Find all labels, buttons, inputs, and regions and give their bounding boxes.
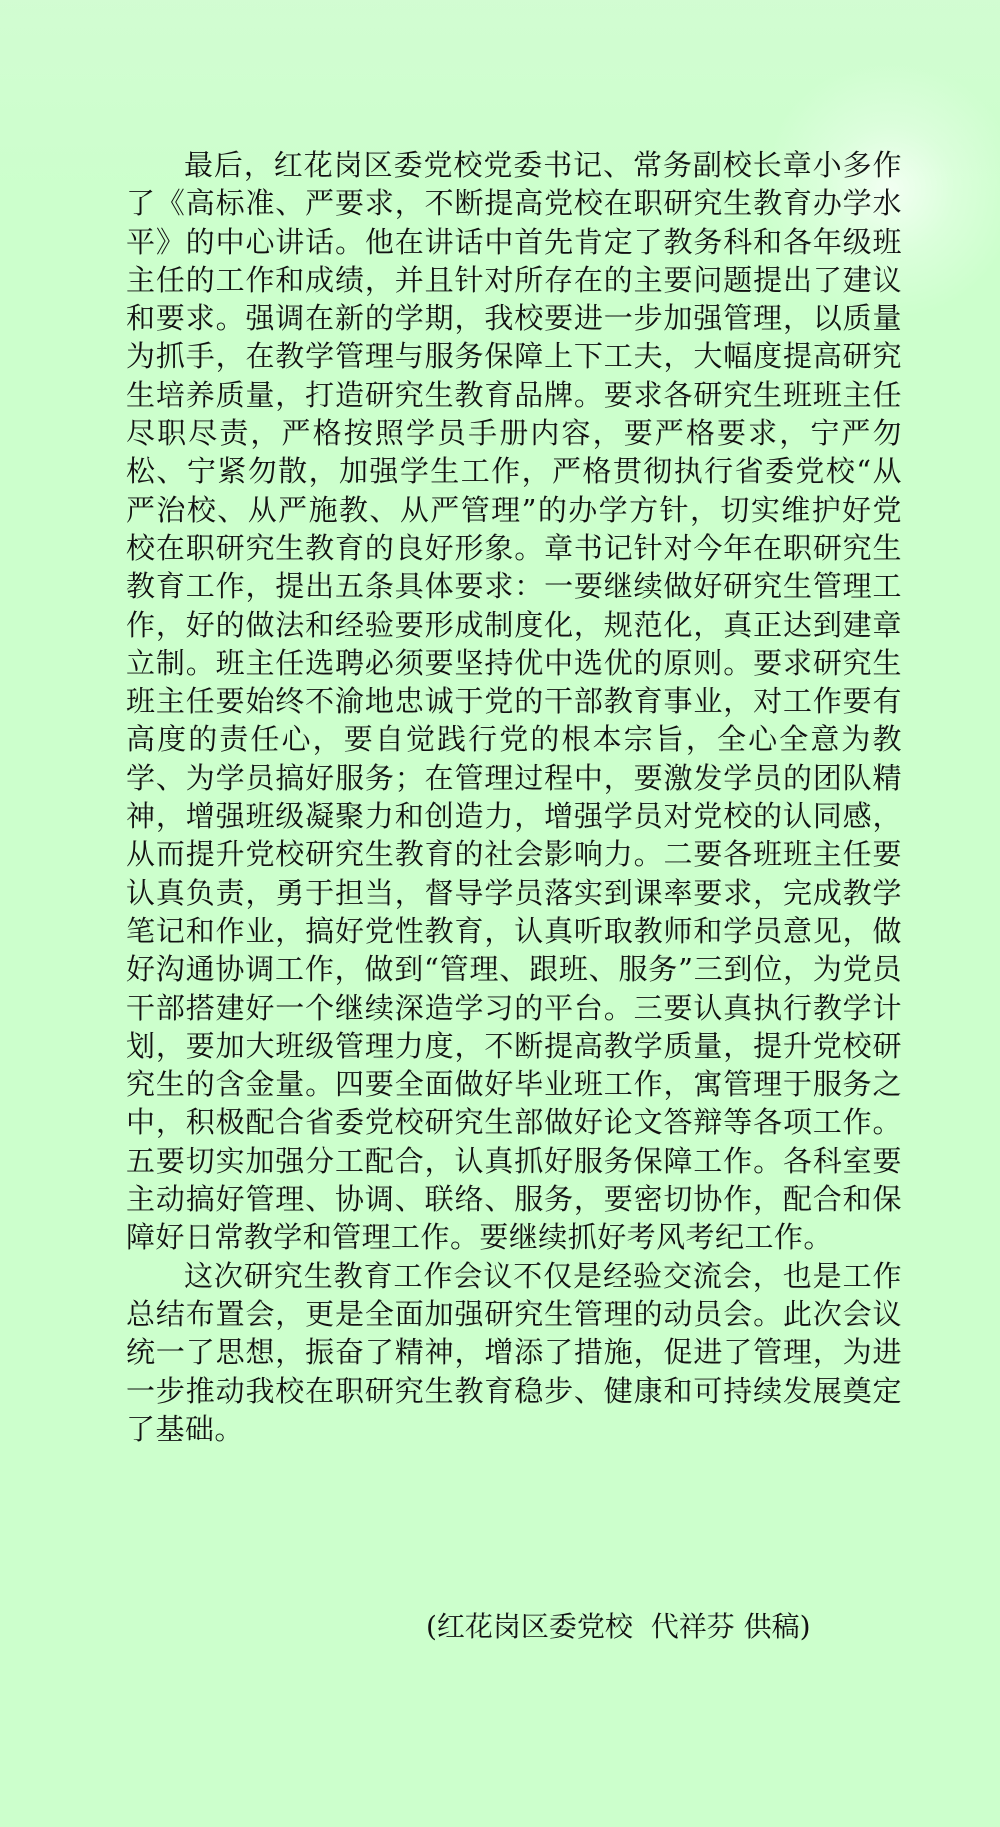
paragraph-speech-summary: 最后，红花岗区委党校党委书记、常务副校长章小多作了《高标准、严要求，不断提高党校… (126, 146, 902, 1257)
paragraph-conclusion: 这次研究生教育工作会议不仅是经验交流会，也是工作总结布置会，更是全面加强研究生管… (126, 1257, 902, 1448)
byline: (红花岗区委党校 代祥芬 供稿) (426, 1609, 811, 1645)
article-body: 最后，红花岗区委党校党委书记、常务副校长章小多作了《高标准、严要求，不断提高党校… (126, 146, 902, 1448)
